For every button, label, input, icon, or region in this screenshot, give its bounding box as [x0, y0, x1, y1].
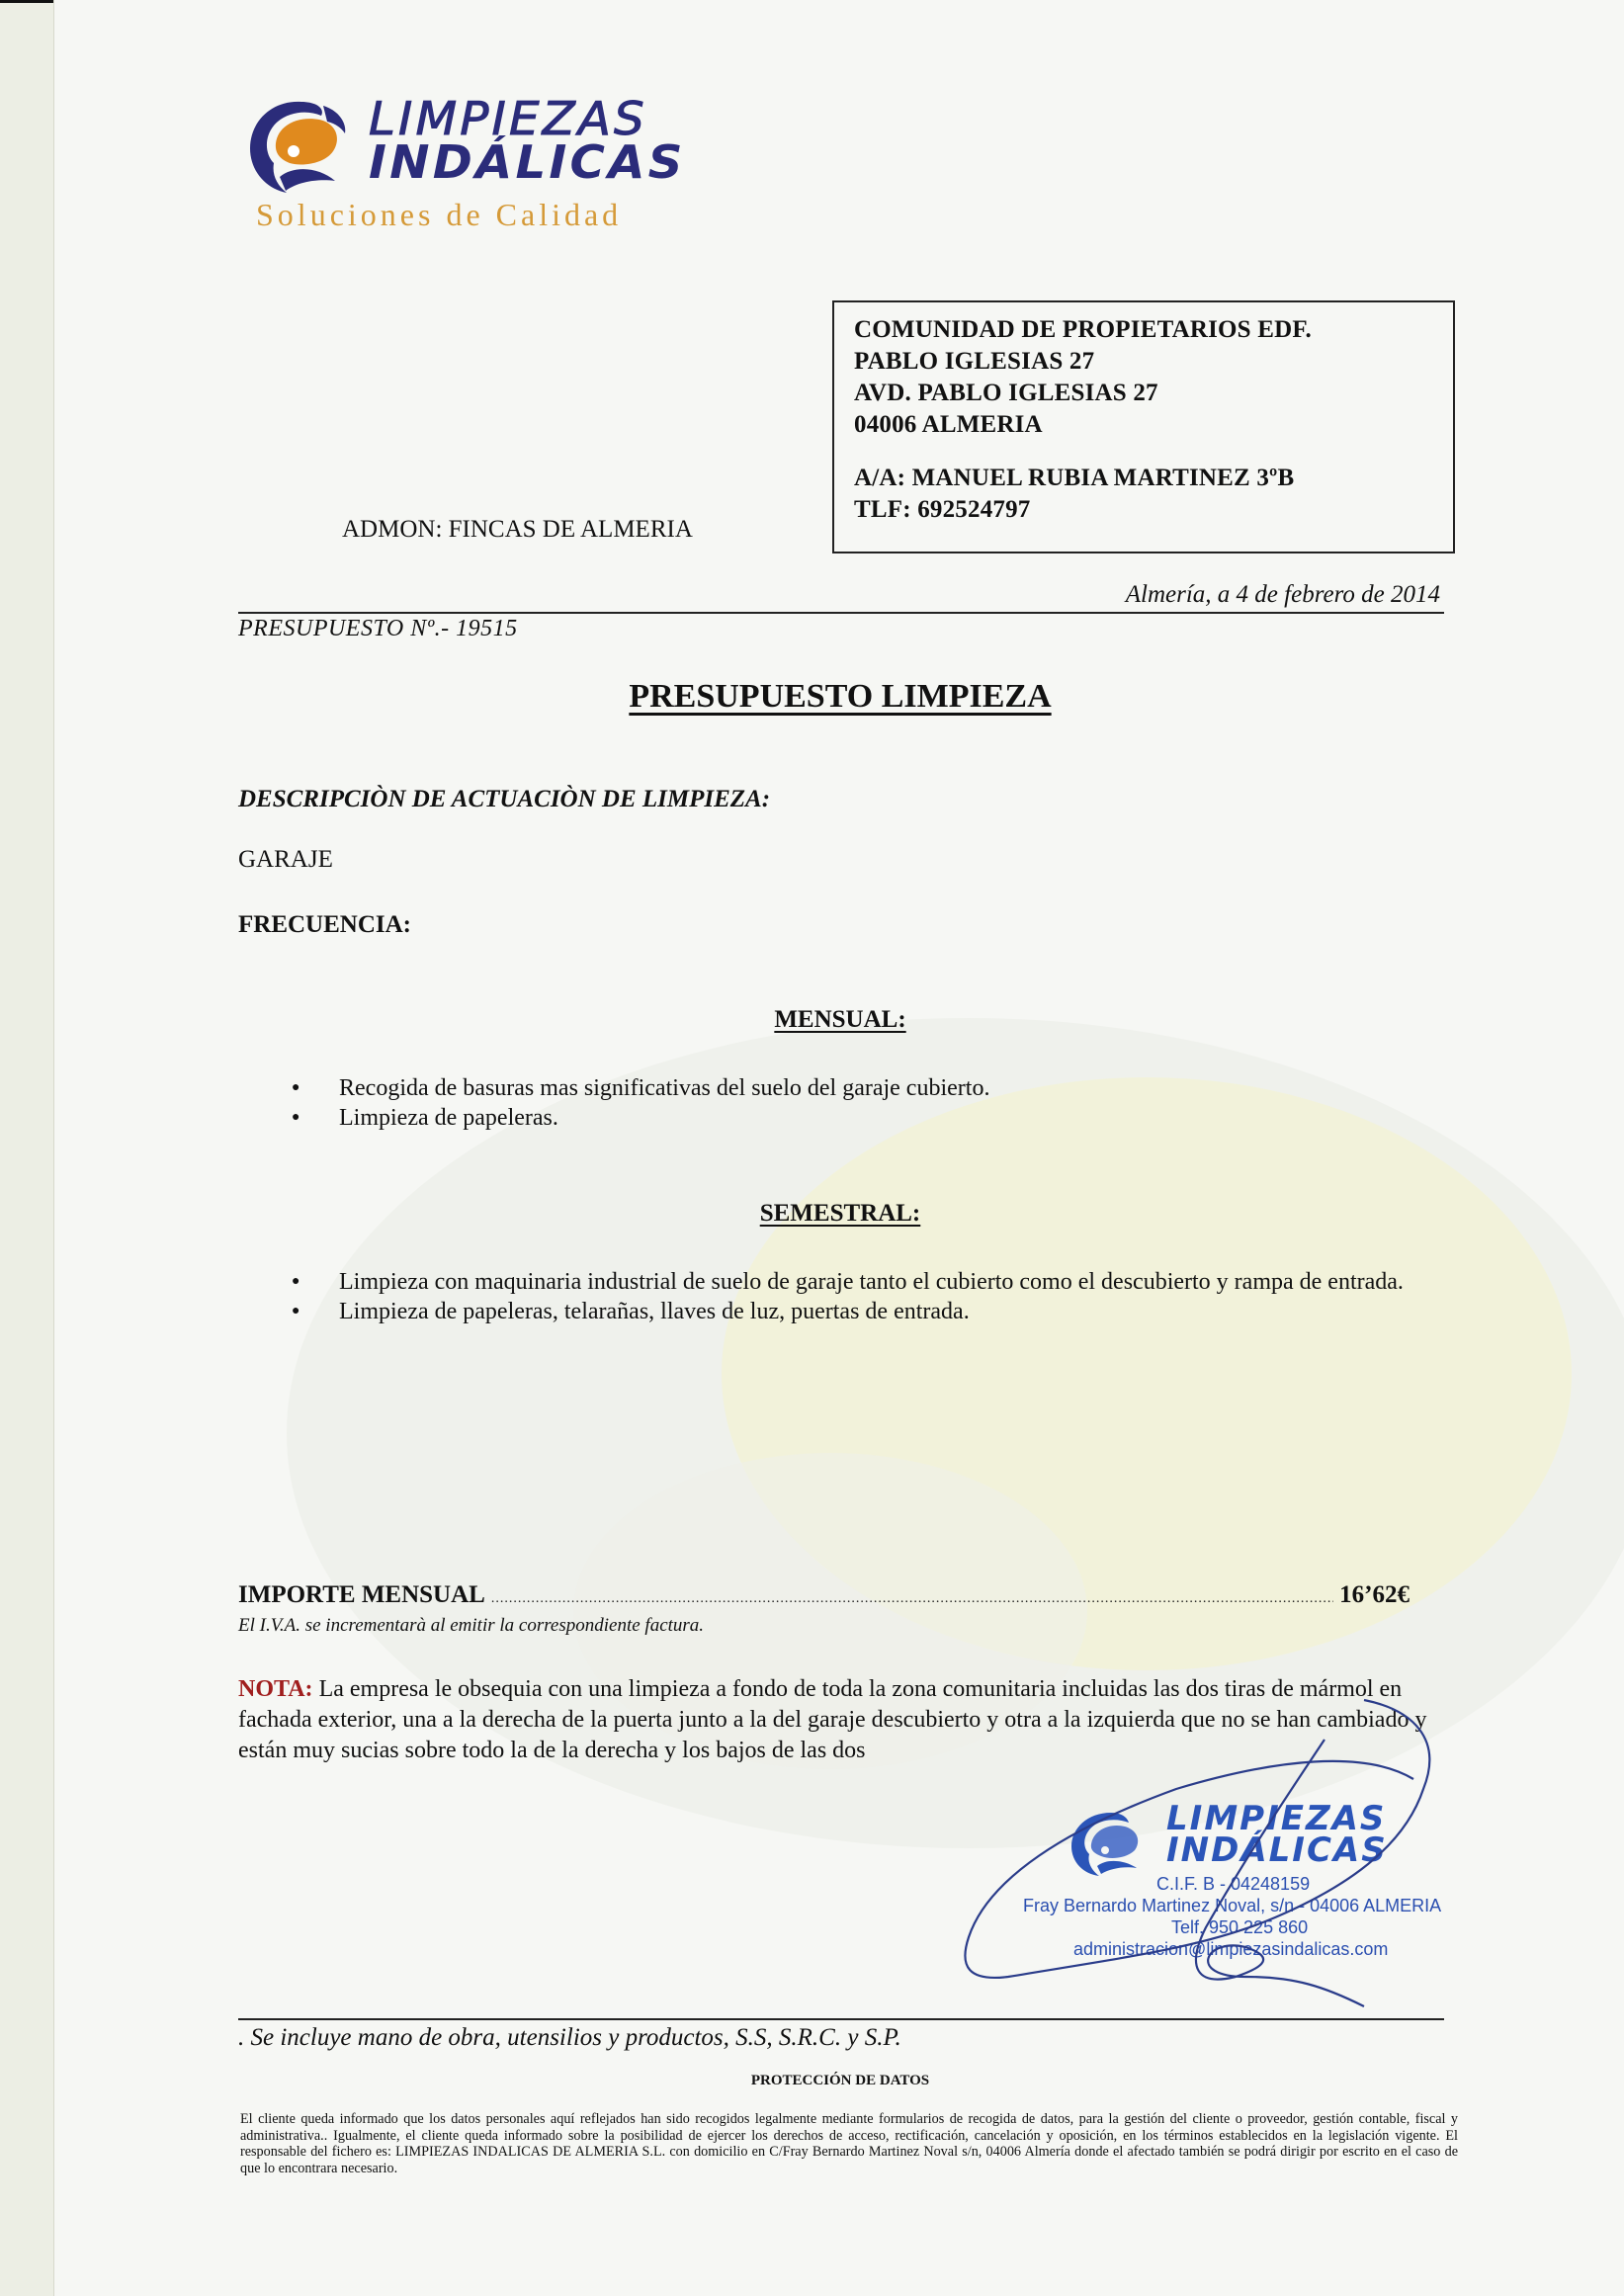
- logo-swirl-icon: [242, 94, 356, 198]
- stamp-logo-icon: [1068, 1809, 1152, 1878]
- data-protection-title: PROTECCIÓN DE DATOS: [0, 2073, 1624, 2089]
- stamp-phone: Telf. 950 225 860: [1171, 1917, 1308, 1938]
- logo-tagline: Soluciones de Calidad: [256, 197, 622, 233]
- data-protection-text: El cliente queda informado que los datos…: [240, 2111, 1458, 2176]
- vat-note: El I.V.A. se incrementarà al emitir la c…: [238, 1615, 704, 1637]
- monthly-amount-row: IMPORTE MENSUAL ........................…: [238, 1581, 1410, 1609]
- recipient-address-box: COMUNIDAD DE PROPIETARIOS EDF. PABLO IGL…: [832, 300, 1455, 553]
- footer-divider: [238, 2018, 1444, 2020]
- semestral-list: Limpieza con maquinaria industrial de su…: [292, 1267, 1409, 1326]
- recipient-line: AVD. PABLO IGLESIAS 27: [854, 378, 1453, 409]
- administrator: ADMON: FINCAS DE ALMERIA: [342, 516, 693, 544]
- scan-edge-mark: [0, 0, 53, 3]
- location: GARAJE: [238, 846, 333, 874]
- document-title: PRESUPUESTO LIMPIEZA: [0, 678, 1624, 716]
- list-item: Limpieza con maquinaria industrial de su…: [292, 1267, 1409, 1297]
- stamp-address: Fray Bernardo Martinez Noval, s/n - 0400…: [1023, 1896, 1441, 1916]
- budget-number: PRESUPUESTO Nº.- 19515: [238, 616, 518, 642]
- recipient-line: 04006 ALMERIA: [854, 409, 1453, 441]
- document-date: Almería, a 4 de febrero de 2014: [1126, 581, 1440, 609]
- mensual-heading: MENSUAL:: [0, 1006, 1624, 1034]
- amount-value: 16’62€: [1339, 1581, 1410, 1609]
- list-item: Limpieza de papeleras.: [292, 1103, 1379, 1133]
- scan-page-edge: [0, 0, 54, 2296]
- note-label: NOTA:: [238, 1676, 313, 1702]
- list-item: Limpieza de papeleras, telarañas, llaves…: [292, 1297, 1409, 1326]
- header-divider: [238, 612, 1444, 614]
- company-logo: LIMPIEZAS INDÁLICAS Soluciones de Calida…: [242, 94, 657, 242]
- recipient-phone: TLF: 692524797: [854, 494, 1453, 526]
- company-stamp: LIMPIEZAS INDÁLICAS C.I.F. B - 04248159 …: [1018, 1787, 1483, 1995]
- recipient-attention: A/A: MANUEL RUBIA MARTINEZ 3ºB: [854, 463, 1453, 494]
- amount-label: IMPORTE MENSUAL: [238, 1581, 485, 1609]
- logo-name-line2: INDÁLICAS: [369, 139, 686, 185]
- includes-note: . Se incluye mano de obra, utensilios y …: [238, 2024, 901, 2052]
- leader-dots: ........................................…: [491, 1591, 1333, 1607]
- stamp-email: administracion@limpiezasindalicas.com: [1073, 1939, 1388, 1960]
- frequency-heading: FRECUENCIA:: [238, 911, 411, 939]
- note-text: La empresa le obsequia con una limpieza …: [238, 1676, 1426, 1763]
- recipient-line: COMUNIDAD DE PROPIETARIOS EDF.: [854, 314, 1453, 346]
- description-heading: DESCRIPCIÒN DE ACTUACIÒN DE LIMPIEZA:: [238, 786, 770, 813]
- note: NOTA: La empresa le obsequia con una lim…: [238, 1674, 1439, 1766]
- mensual-list: Recogida de basuras mas significativas d…: [292, 1073, 1379, 1133]
- list-item: Recogida de basuras mas significativas d…: [292, 1073, 1379, 1103]
- recipient-line: PABLO IGLESIAS 27: [854, 346, 1453, 378]
- stamp-cif: C.I.F. B - 04248159: [1156, 1874, 1310, 1895]
- stamp-name-line2: INDÁLICAS: [1166, 1834, 1388, 1866]
- semestral-heading: SEMESTRAL:: [0, 1200, 1624, 1228]
